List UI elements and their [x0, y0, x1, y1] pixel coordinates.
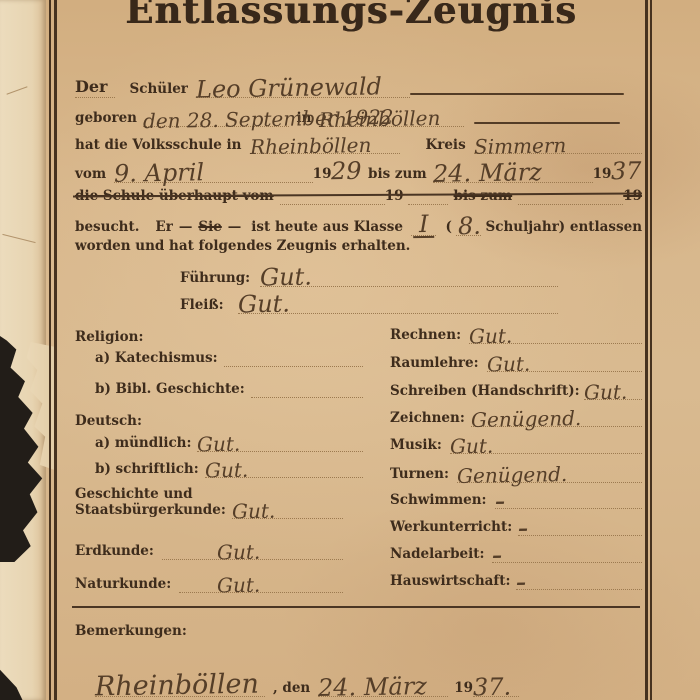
- label-19-from: 19: [313, 168, 332, 184]
- grade-label: Naturkunde:: [75, 578, 171, 594]
- grade-value: Gut.: [469, 326, 513, 347]
- label-sie-struck: Sie: [198, 221, 221, 237]
- grade-label: Raumlehre:: [390, 357, 479, 373]
- document-title: Entlassungs-Zeugnis: [55, 0, 647, 32]
- grade-label: b) Bibl. Geschichte:: [95, 383, 245, 399]
- birth-row: geboren den 28. September 1922 in Rheinb…: [75, 101, 642, 127]
- grade-row-werkunterricht: Werkunterricht: –: [390, 518, 642, 536]
- grade-label: Deutsch:: [75, 415, 142, 431]
- paper-crack: [6, 86, 27, 94]
- grade-row-geschichte: Geschichte und Staatsbürgerkunde: Gut.: [75, 487, 343, 519]
- label-19-to: 19: [593, 168, 612, 184]
- grade-label: a) mündlich:: [95, 437, 191, 453]
- label-schueler: Schüler: [129, 83, 187, 99]
- grade-value: Gut.: [450, 436, 494, 457]
- handwritten-rule: [410, 93, 624, 95]
- footer-date-value: 24. März: [318, 674, 427, 700]
- grade-row-schwimmen: Schwimmen: –: [390, 491, 642, 509]
- border-left-inner: [54, 0, 57, 700]
- grade-row-bibl-geschichte: b) Bibl. Geschichte:: [75, 380, 363, 398]
- birth-place-value: Rheinböllen: [319, 108, 441, 130]
- grade-label: Hauswirtschaft:: [390, 575, 510, 591]
- grade-row-deutsch: Deutsch:: [75, 412, 343, 430]
- label-19-a: 19: [385, 190, 404, 206]
- kreis-value: Simmern: [474, 135, 567, 157]
- grade-label: Zeichnen:: [390, 412, 465, 428]
- grade-label: Schreiben (Handschrift):: [390, 385, 580, 401]
- footer-place-value: Rheinböllen: [95, 671, 259, 700]
- footer-date-row: Rheinböllen , den 24. März 19 37.: [95, 655, 535, 697]
- grade-row-rechnen: Rechnen: Gut.: [390, 324, 642, 344]
- border-left-outer: [49, 0, 51, 700]
- school-row: hat die Volksschule in Rheinböllen Kreis…: [75, 128, 642, 154]
- handwritten-rule: [474, 122, 620, 124]
- label-fleiss: Fleiß:: [180, 299, 224, 315]
- label-19-footer: 19: [454, 682, 473, 698]
- border-right-outer: [650, 0, 652, 700]
- grade-label: Religion:: [75, 331, 143, 347]
- dash: —: [179, 221, 193, 237]
- from-year-value: 29: [331, 159, 362, 184]
- grade-value: Gut.: [197, 434, 241, 455]
- footer-year-value: 37.: [473, 675, 512, 700]
- grade-row-zeichnen: Zeichnen: Genügend.: [390, 407, 642, 427]
- grade-row-muendlich: a) mündlich: Gut.: [75, 432, 363, 452]
- label-schuljahr: Schuljahr) entlassen: [486, 221, 643, 237]
- label-bis-zum: bis zum: [368, 168, 427, 184]
- to-date-value: 24. März: [432, 160, 541, 186]
- grade-value: Gut.: [232, 501, 276, 522]
- grade-row-nadelarbeit: Nadelarbeit: –: [390, 545, 642, 563]
- struck-alt-attendance-row: die Schule überhaupt vom 19 bis zum 19: [75, 185, 642, 205]
- grade-label: b) schriftlich:: [95, 463, 199, 479]
- grade-label: Werkunterricht:: [390, 521, 512, 537]
- fuehrung-value: Gut.: [260, 265, 312, 290]
- grade-label: Erdkunde:: [75, 545, 154, 561]
- grade-value: Gut.: [205, 460, 249, 481]
- label-besucht: besucht.: [75, 221, 139, 237]
- grade-value: –: [492, 545, 502, 565]
- border-right-inner: [645, 0, 648, 700]
- fleiss-row: Fleiß: Gut.: [180, 290, 558, 314]
- attendance-dates-row: vom 9. April 19 29 bis zum 24. März 19 3…: [75, 155, 642, 183]
- grade-value: Gut.: [217, 575, 261, 596]
- grade-label: Schwimmen:: [390, 494, 487, 510]
- grade-row-naturkunde: Naturkunde: Gut.: [75, 573, 343, 593]
- label-den: , den: [273, 682, 310, 698]
- label-bis-zum-2: bis zum: [454, 190, 513, 206]
- grade-row-turnen: Turnen: Genügend.: [390, 461, 642, 483]
- grade-row-erdkunde: Erdkunde: Gut.: [75, 540, 343, 560]
- dismissal-row-2: worden und hat folgendes Zeugnis erhalte…: [75, 237, 642, 255]
- label-kreis: Kreis: [426, 139, 466, 155]
- student-name-value: Leo Grünewald: [196, 74, 382, 101]
- grade-value: Genügend.: [471, 408, 582, 430]
- to-year-value: 37: [611, 159, 642, 184]
- label-der: Der: [75, 79, 115, 98]
- grade-row-schreiben: Schreiben (Handschrift): Gut.: [390, 380, 642, 400]
- schuljahr-value: 8.: [457, 214, 480, 238]
- student-name-row: Der Schüler Leo Grünewald: [75, 72, 642, 98]
- grade-row-raumlehre: Raumlehre: Gut.: [390, 352, 642, 372]
- label-klasse: ist heute aus Klasse: [251, 221, 403, 237]
- grade-row-katechismus: a) Katechismus:: [75, 349, 363, 367]
- dash: —: [228, 221, 242, 237]
- klasse-value: I: [412, 212, 434, 238]
- label-bemerkungen: Bemerkungen:: [75, 625, 187, 641]
- grade-label: Turnen:: [390, 468, 449, 484]
- grade-row-religion: Religion:: [75, 328, 343, 346]
- school-place-value: Rheinböllen: [249, 135, 371, 157]
- grade-value: –: [516, 572, 526, 592]
- label-vom: vom: [75, 168, 106, 184]
- grade-value: –: [494, 491, 504, 511]
- grade-label: Musik:: [390, 439, 442, 455]
- label-er: Er: [155, 221, 172, 237]
- grade-label: Nadelarbeit:: [390, 548, 484, 564]
- paren: (: [446, 221, 452, 237]
- certificate-document: Entlassungs-Zeugnis Der Schüler Leo Grün…: [0, 0, 700, 700]
- fuehrung-row: Führung: Gut.: [180, 263, 558, 287]
- grade-value: Gut.: [486, 354, 530, 375]
- dismissal-row: besucht. Er — Sie — ist heute aus Klasse…: [75, 210, 642, 236]
- grade-label: Rechnen:: [390, 329, 461, 345]
- grade-row-schriftlich: b) schriftlich: Gut.: [75, 458, 363, 478]
- grade-value: –: [518, 518, 528, 538]
- grade-label: Staatsbürgerkunde:: [75, 504, 226, 520]
- paper-crack: [2, 234, 35, 243]
- grade-value: Gut.: [217, 542, 261, 563]
- label-geboren: geboren: [75, 112, 137, 128]
- from-date-value: 9. April: [114, 160, 204, 186]
- label-worden: worden und hat folgendes Zeugnis erhalte…: [75, 240, 410, 256]
- grade-value: Gut.: [583, 382, 627, 403]
- grade-row-hauswirtschaft: Hauswirtschaft: –: [390, 572, 642, 590]
- section-divider-line: [72, 606, 640, 608]
- remarks-row: Bemerkungen:: [75, 622, 187, 640]
- grade-row-musik: Musik: Gut.: [390, 434, 642, 454]
- grade-value: Genügend.: [457, 464, 568, 486]
- label-volksschule: hat die Volksschule in: [75, 139, 242, 155]
- fleiss-value: Gut.: [237, 292, 289, 317]
- grade-label: a) Katechismus:: [95, 352, 218, 368]
- label-fuehrung: Führung:: [180, 272, 250, 288]
